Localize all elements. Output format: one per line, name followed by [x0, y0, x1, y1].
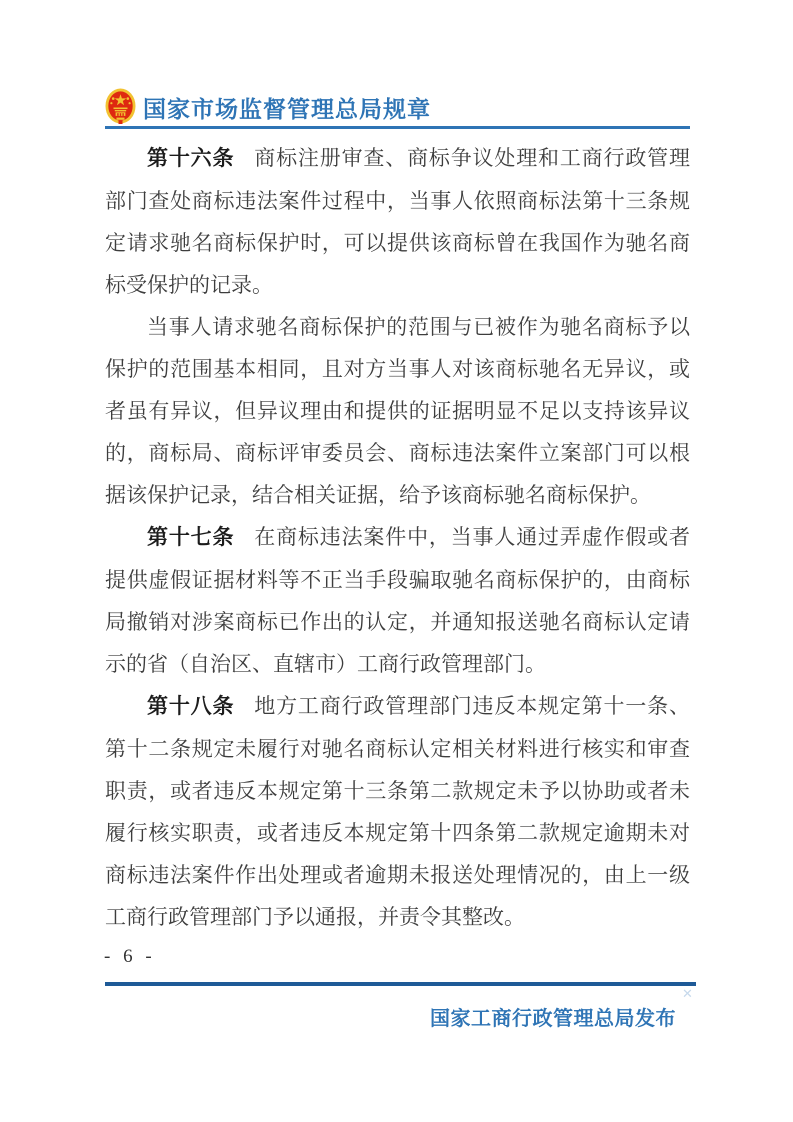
article-text: 当事人请求驰名商标保护的范围与已被作为驰名商标予以保护的范围基本相同，且对方当事…	[105, 315, 690, 507]
article-paragraph: 当事人请求驰名商标保护的范围与已被作为驰名商标予以保护的范围基本相同，且对方当事…	[105, 306, 690, 516]
header-title: 国家市场监督管理总局规章	[143, 91, 431, 124]
document-page: 国家市场监督管理总局规章 第十六条商标注册审查、商标争议处理和工商行政管理部门查…	[0, 0, 793, 1122]
page-number: - 6 -	[104, 946, 156, 968]
footer-artifact-mark: ✕	[682, 986, 693, 1002]
article-paragraph: 第十六条商标注册审查、商标争议处理和工商行政管理部门查处商标违法案件过程中，当事…	[105, 137, 690, 306]
article-paragraph: 第十七条在商标违法案件中，当事人通过弄虚作假或者提供虚假证据材料等不正当手段骗取…	[105, 516, 690, 685]
article-paragraphs: 第十六条商标注册审查、商标争议处理和工商行政管理部门查处商标违法案件过程中，当事…	[105, 137, 690, 938]
publisher-line: 国家工商行政管理总局发布	[430, 1002, 676, 1031]
national-emblem-icon	[105, 88, 136, 126]
header-divider	[105, 126, 690, 129]
article-paragraph: 第十八条地方工商行政管理部门违反本规定第十一条、第十二条规定未履行对驰名商标认定…	[105, 685, 690, 938]
article-number: 第十六条	[147, 147, 234, 170]
document-header: 国家市场监督管理总局规章	[105, 86, 431, 128]
article-text: 地方工商行政管理部门违反本规定第十一条、第十二条规定未履行对驰名商标认定相关材料…	[105, 694, 690, 929]
article-number: 第十八条	[147, 695, 234, 718]
article-number: 第十七条	[147, 526, 234, 549]
footer-divider	[105, 982, 696, 986]
document-body: 第十六条商标注册审查、商标争议处理和工商行政管理部门查处商标违法案件过程中，当事…	[105, 137, 690, 938]
